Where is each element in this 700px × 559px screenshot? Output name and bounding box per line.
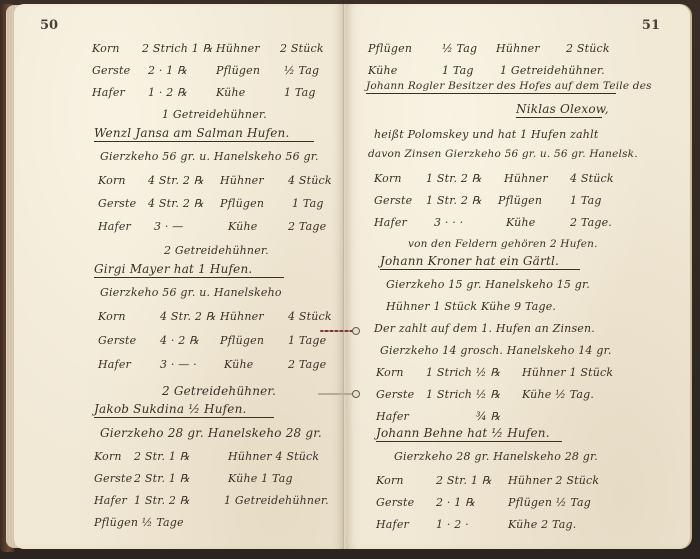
ledger-note: Der zahlt auf dem 1. Hufen an Zinsen. — [374, 322, 595, 335]
row-qty: 1 Tage — [288, 334, 326, 347]
row-item: Kühe — [368, 64, 397, 77]
right-page: 51 Pflügen ½ Tag Hühner 2 Stück Kühe 1 T… — [346, 4, 690, 549]
row-item: Pflügen ½ Tag — [508, 496, 591, 509]
ledger-note: Gierzkeho 56 gr. u. Hanelskeho — [100, 286, 282, 299]
row-item: Kühe — [506, 216, 535, 229]
ledger-note: Gierzkeho 15 gr. Hanelskeho 15 gr. — [386, 278, 590, 291]
row-qty: 4 Str. 2 ℞ — [160, 310, 216, 323]
ledger-note: davon Zinsen Gierzkeho 56 gr. u. 56 gr. … — [368, 148, 638, 160]
row-item: Gerste — [376, 388, 414, 401]
ledger-note: 2 Getreidehühner. — [162, 384, 276, 398]
left-page: 50 Korn 2 Strich 1 ℞ Hühner 2 Stück Gers… — [14, 4, 344, 549]
row-item: 1 Getreidehühner. — [500, 64, 605, 77]
row-qty: 2 · 1 ℞ — [436, 496, 475, 509]
ledger-entry-heading: Johann Rogler Besitzer des Hofes auf dem… — [366, 80, 616, 94]
row-item: Korn — [98, 310, 126, 323]
row-item: Hafer — [92, 86, 125, 99]
row-item: Pflügen — [220, 197, 264, 210]
row-item: Kühe — [216, 86, 245, 99]
row-item: Gerste — [98, 197, 136, 210]
ledger-entry-heading: Johann Behne hat ½ Hufen. — [376, 426, 562, 442]
row-qty: 1 Str. 2 ℞ — [426, 172, 482, 185]
row-qty: 1 Strich ½ ℞ — [426, 366, 500, 379]
row-item: Hühner — [216, 42, 260, 55]
row-item: Kühe ½ Tag. — [522, 388, 594, 401]
row-item: Hühner — [496, 42, 540, 55]
row-qty: 1 · 2 · — [436, 518, 469, 531]
row-qty: 2 Stück — [280, 42, 324, 55]
row-item: Kühe 2 Tag. — [508, 518, 576, 531]
row-qty: 1 Tag — [442, 64, 474, 77]
ledger-note: 1 Getreidehühner. — [162, 108, 267, 121]
binding-stitch — [318, 393, 356, 395]
page-number-right: 51 — [642, 18, 660, 33]
ledger-note: von den Feldern gehören 2 Hufen. — [408, 238, 598, 250]
row-item: Hafer — [376, 410, 409, 423]
row-qty: 1 Tag — [292, 197, 324, 210]
ledger-entry-heading: Johann Kroner hat ein Gärtl. — [380, 254, 580, 270]
row-item: Pflügen — [216, 64, 260, 77]
row-item: Kühe — [224, 358, 253, 371]
row-qty: 4 Stück — [288, 310, 332, 323]
ledger-note: Hühner 1 Stück Kühe 9 Tage. — [386, 300, 556, 313]
row-item: Hafer — [98, 358, 131, 371]
row-qty: 2 · 1 ℞ — [148, 64, 187, 77]
row-item: Hühner — [220, 174, 264, 187]
ledger-entry-heading: Jakob Sukdina ½ Hufen. — [94, 402, 274, 418]
row-qty: 3 · — · — [160, 358, 197, 371]
row-item: Hühner 2 Stück — [508, 474, 599, 487]
row-item: Hafer — [376, 518, 409, 531]
row-item: Hafer — [374, 216, 407, 229]
row-item: Hühner 1 Stück — [522, 366, 613, 379]
ledger-note: Gierzkeho 56 gr. u. Hanelskeho 56 gr. — [100, 150, 319, 163]
row-item: Gerste — [94, 472, 132, 485]
row-item: Korn — [376, 366, 404, 379]
row-qty: ¾ ℞ — [476, 410, 501, 423]
row-qty: ½ Tag — [284, 64, 319, 77]
ledger-entry-heading-continued: Niklas Olexow, — [516, 102, 602, 118]
row-qty: 1 · 2 ℞ — [148, 86, 187, 99]
row-item: Korn — [376, 474, 404, 487]
row-item: 1 Getreidehühner. — [224, 494, 329, 507]
row-item: Hafer — [94, 494, 127, 507]
row-item: Korn — [92, 42, 120, 55]
row-item: Kühe — [228, 220, 257, 233]
row-qty: 2 Tage. — [570, 216, 612, 229]
row-qty: 4 Stück — [288, 174, 332, 187]
row-item: Korn — [94, 450, 122, 463]
ledger-note: 2 Getreidehühner. — [164, 244, 269, 257]
row-qty: 1 Strich ½ ℞ — [426, 388, 500, 401]
row-item: Hafer — [98, 220, 131, 233]
ledger-note: Gierzkeho 28 gr. Hanelskeho 28 gr. — [394, 450, 598, 463]
page-number-left: 50 — [40, 18, 58, 33]
row-qty: 1 Tag — [284, 86, 316, 99]
row-qty: 3 · — — [154, 220, 184, 233]
row-qty: 2 Str. 1 ℞ — [134, 472, 190, 485]
row-item: Hühner — [504, 172, 548, 185]
row-item: Kühe 1 Tag — [228, 472, 293, 485]
row-qty: 2 Tage — [288, 358, 326, 371]
row-qty: 4 Stück — [570, 172, 614, 185]
row-qty: 2 Str. 1 ℞ — [436, 474, 492, 487]
row-qty: 2 Strich 1 ℞ — [142, 42, 213, 55]
row-item: Korn — [374, 172, 402, 185]
row-qty: 2 Stück — [566, 42, 610, 55]
row-item: Korn — [98, 174, 126, 187]
row-item: Gerste — [376, 496, 414, 509]
ledger-entry-heading: Wenzl Jansa am Salman Hufen. — [94, 126, 314, 142]
binding-stitch — [320, 330, 356, 332]
row-item: Hühner 4 Stück — [228, 450, 319, 463]
row-qty: 1 Tag — [570, 194, 602, 207]
open-ledger-book: 50 Korn 2 Strich 1 ℞ Hühner 2 Stück Gers… — [0, 0, 700, 559]
ledger-note: Gierzkeho 14 grosch. Hanelskeho 14 gr. — [380, 344, 612, 357]
row-qty: 4 Str. 2 ℞ — [148, 197, 204, 210]
row-qty: 4 · 2 ℞ — [160, 334, 199, 347]
row-item: Pflügen — [220, 334, 264, 347]
row-item: Pflügen — [498, 194, 542, 207]
ledger-note: heißt Polomskey und hat 1 Hufen zahlt — [374, 128, 598, 141]
ledger-entry-heading: Girgi Mayer hat 1 Hufen. — [94, 262, 284, 278]
row-qty: 1 Str. 2 ℞ — [134, 494, 190, 507]
row-item: Gerste — [374, 194, 412, 207]
row-qty: 4 Str. 2 ℞ — [148, 174, 204, 187]
row-item: Gerste — [92, 64, 130, 77]
ledger-note: Pflügen ½ Tage — [94, 516, 184, 529]
row-qty: 1 Str. 2 ℞ — [426, 194, 482, 207]
row-qty: ½ Tag — [442, 42, 477, 55]
row-item: Pflügen — [368, 42, 412, 55]
row-item: Gerste — [98, 334, 136, 347]
row-qty: 2 Str. 1 ℞ — [134, 450, 190, 463]
row-qty: 3 · · · — [434, 216, 463, 229]
ledger-note: Gierzkeho 28 gr. Hanelskeho 28 gr. — [100, 426, 322, 440]
row-qty: 2 Tage — [288, 220, 326, 233]
row-item: Hühner — [220, 310, 264, 323]
